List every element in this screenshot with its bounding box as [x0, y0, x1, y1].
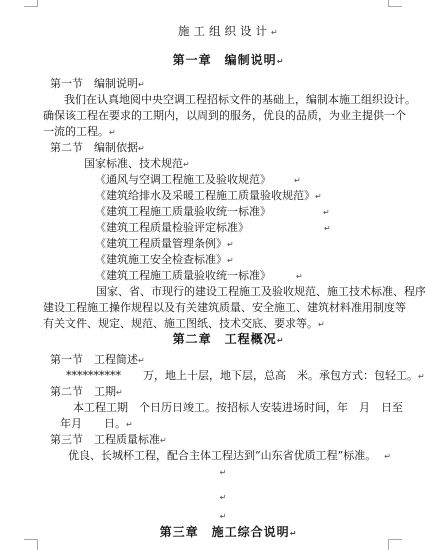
- text-line: 第三章 施工综合说明↵: [0, 513, 425, 550]
- line-text: 第三章 施工综合说明: [160, 525, 290, 539]
- paragraph-mark-icon: ↵: [277, 336, 284, 345]
- document-title-text: 施工组织设计: [178, 24, 271, 38]
- document-page: 施工组织设计↵ 第一章 编制说明↵ 第一节 编制说明↵ 我们在认真地阅中央空调工…: [0, 0, 425, 550]
- line-text: 第二章 工程概况: [173, 332, 277, 346]
- crop-mark-top-right-v: [388, 0, 389, 7]
- paragraph-mark-icon: ↵: [290, 529, 297, 538]
- crop-mark-top-left-v: [37, 0, 38, 7]
- crop-mark-top-right-h: [388, 6, 402, 7]
- paragraph-mark-icon: ↵: [271, 28, 278, 37]
- paragraph-mark-icon: ↵: [220, 468, 227, 477]
- paragraph-mark-icon: ↵: [418, 372, 425, 381]
- paragraph-mark-icon: ↵: [277, 57, 284, 66]
- paragraph-mark-icon: ↵: [324, 224, 331, 233]
- crop-mark-top-left-h: [24, 6, 38, 7]
- line-text: 第一章 编制说明: [173, 53, 277, 67]
